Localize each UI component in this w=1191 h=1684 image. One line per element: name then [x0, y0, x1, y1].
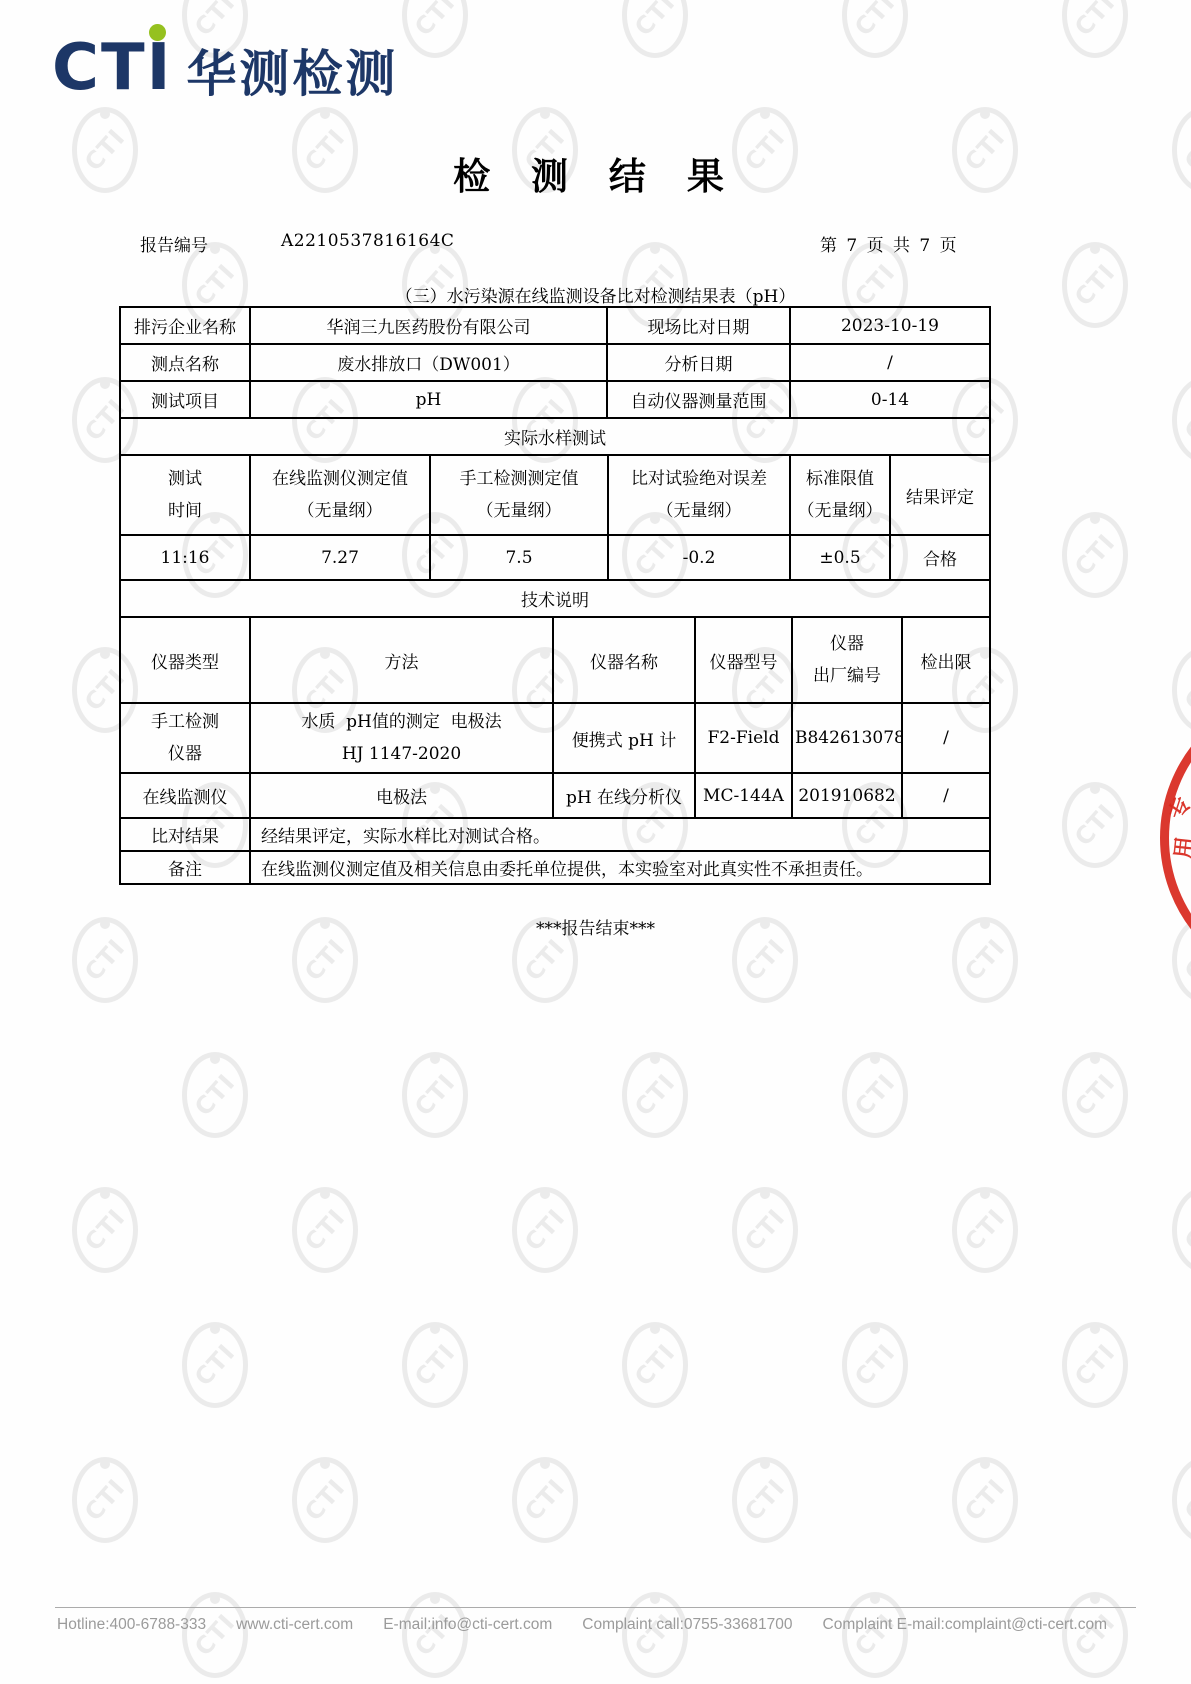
seal-glyph: 用 — [1166, 835, 1191, 860]
cti-watermark-icon: CTI — [72, 1187, 138, 1273]
abs-error-value: -0.2 — [608, 535, 790, 580]
report-number-value: A2210537816164C — [281, 231, 454, 251]
header-line: 手工检测测定值 — [433, 463, 605, 495]
result-table: 比对结果 经结果评定，实际水样比对测试合格。 备注 在线监测仪测定值及相关信息由… — [119, 817, 991, 885]
limit-value: ±0.5 — [790, 535, 890, 580]
detection-limit: / — [902, 703, 990, 773]
footer-divider — [55, 1607, 1136, 1608]
company-name-value: 华润三九医药股份有限公司 — [250, 307, 607, 344]
column-header: 仪器型号 — [695, 617, 792, 703]
cti-watermark-icon: CTI — [1172, 1187, 1191, 1273]
range-value: 0-14 — [790, 381, 990, 418]
column-header: 在线监测仪测定值 （无量纲） — [250, 455, 430, 535]
header-line: （无量纲） — [433, 495, 605, 527]
column-header: 测试 时间 — [120, 455, 250, 535]
cti-watermark-icon: CTI — [622, 1322, 688, 1408]
instrument-name: 便携式 pH 计 — [553, 703, 695, 773]
info-label: 测试项目 — [120, 381, 250, 418]
cell-line: 手工检测 — [123, 706, 247, 738]
instrument-serial: 201910682 — [792, 773, 902, 818]
column-header: 仪器名称 — [553, 617, 695, 703]
footer-hotline: Hotline:400-6788-333 — [57, 1616, 206, 1634]
cell-line: 仪器 — [123, 738, 247, 770]
column-header: 标准限值 （无量纲） — [790, 455, 890, 535]
column-header: 仪器类型 — [120, 617, 250, 703]
info-label: 测点名称 — [120, 344, 250, 381]
detection-limit: / — [902, 773, 990, 818]
cti-logo-chinese: 华测检测 — [186, 48, 398, 101]
method-cell: 电极法 — [250, 773, 553, 818]
cti-watermark-icon: CTI — [732, 1187, 798, 1273]
online-value: 7.27 — [250, 535, 430, 580]
header-line: 在线监测仪测定值 — [253, 463, 427, 495]
info-table: 排污企业名称 华润三九医药股份有限公司 现场比对日期 2023-10-19 测点… — [119, 306, 991, 419]
cti-watermark-icon: CTI — [402, 0, 468, 58]
header-line: 比对试验绝对误差 — [611, 463, 787, 495]
cti-watermark-icon: CTI — [1062, 782, 1128, 868]
result-text: 经结果评定，实际水样比对测试合格。 — [250, 818, 990, 851]
info-label: 排污企业名称 — [120, 307, 250, 344]
column-header: 结果评定 — [890, 455, 990, 535]
cti-watermark-icon: CTI — [952, 1187, 1018, 1273]
instrument-model: F2-Field — [695, 703, 792, 773]
column-header: 方法 — [250, 617, 553, 703]
cti-watermark-icon: CTI — [512, 1457, 578, 1543]
cell-line: 水质 pH值的测定 电极法 — [253, 706, 550, 738]
cti-watermark-icon: CTI — [622, 0, 688, 58]
info-label: 分析日期 — [607, 344, 790, 381]
logo-letters: CTI — [52, 31, 172, 105]
header-line: （无量纲） — [611, 495, 787, 527]
cti-watermark-icon: CTI — [182, 1322, 248, 1408]
header-line: （无量纲） — [253, 495, 427, 527]
outlet-value: 废水排放口（DW001） — [250, 344, 607, 381]
cti-watermark-icon: CTI — [1062, 1322, 1128, 1408]
page-indicator: 第 7 页 共 7 页 — [820, 231, 959, 256]
cti-watermark-icon: CTI — [622, 1052, 688, 1138]
cti-watermark-icon: CTI — [1172, 377, 1191, 463]
cti-watermark-icon: CTI — [842, 1052, 908, 1138]
header-line: 仪器 — [795, 628, 899, 660]
column-header: 仪器 出厂编号 — [792, 617, 902, 703]
remark-text: 在线监测仪测定值及相关信息由委托单位提供，本实验室对此真实性不承担责任。 — [250, 851, 990, 884]
column-header: 手工检测测定值 （无量纲） — [430, 455, 608, 535]
cti-logo: CTI 华测检测 — [52, 36, 398, 100]
cti-watermark-icon: CTI — [402, 1592, 468, 1678]
info-label: 自动仪器测量范围 — [607, 381, 790, 418]
remark-label: 备注 — [120, 851, 250, 884]
cti-watermark-icon: CTI — [1062, 512, 1128, 598]
test-time-value: 11:16 — [120, 535, 250, 580]
result-value: 合格 — [890, 535, 990, 580]
header-line: 测试 — [123, 463, 247, 495]
cti-watermark-icon: CTI — [1172, 647, 1191, 733]
result-label: 比对结果 — [120, 818, 250, 851]
analysis-date-value: / — [790, 344, 990, 381]
cti-watermark-icon: CTI — [512, 1187, 578, 1273]
instrument-type: 在线监测仪 — [120, 773, 250, 818]
instrument-name: pH 在线分析仪 — [553, 773, 695, 818]
cti-watermark-icon: CTI — [402, 1322, 468, 1408]
column-header: 检出限 — [902, 617, 990, 703]
instrument-type: 手工检测 仪器 — [120, 703, 250, 773]
tech-table: 技术说明 仪器类型 方法 仪器名称 仪器型号 仪器 出厂编号 检出限 手工检测 — [119, 579, 991, 819]
cti-watermark-icon: CTI — [292, 1457, 358, 1543]
cti-watermark-icon: CTI — [842, 0, 908, 58]
cell-line: HJ 1147-2020 — [253, 738, 550, 770]
footer-complaint-call: Complaint call:0755-33681700 — [582, 1616, 792, 1634]
cti-watermark-icon: CTI — [842, 1592, 908, 1678]
header-line: （无量纲） — [793, 495, 887, 527]
sample-test-table: 实际水样测试 测试 时间 在线监测仪测定值 （无量纲） 手工检测测定值 （无量纲… — [119, 417, 991, 581]
instrument-model: MC-144A — [695, 773, 792, 818]
cti-watermark-icon: CTI — [182, 1592, 248, 1678]
cti-watermark-icon: CTI — [182, 1052, 248, 1138]
method-cell: 水质 pH值的测定 电极法 HJ 1147-2020 — [250, 703, 553, 773]
report-page: CTICTICTICTICTICTICTICTICTICTICTICTICTIC… — [0, 0, 1191, 1684]
section-title: 技术说明 — [120, 580, 990, 617]
header-line: 出厂编号 — [795, 660, 899, 692]
test-item-value: pH — [250, 381, 607, 418]
section-title: 实际水样测试 — [120, 418, 990, 455]
manual-value: 7.5 — [430, 535, 608, 580]
column-header: 比对试验绝对误差 （无量纲） — [608, 455, 790, 535]
cti-watermark-icon: CTI — [1062, 0, 1128, 58]
footer-complaint-email: Complaint E-mail:complaint@cti-cert.com — [823, 1616, 1107, 1634]
cti-watermark-icon: CTI — [292, 1187, 358, 1273]
header-line: 时间 — [123, 495, 247, 527]
cti-watermark-icon: CTI — [1062, 1052, 1128, 1138]
info-label: 现场比对日期 — [607, 307, 790, 344]
cti-logo-text: CTI — [52, 36, 172, 100]
footer-email: E-mail:info@cti-cert.com — [383, 1616, 552, 1634]
cti-watermark-icon: CTI — [952, 1457, 1018, 1543]
report-end-note: ***报告结束*** — [0, 914, 1191, 939]
instrument-serial: B842613078 — [792, 703, 902, 773]
cti-watermark-icon: CTI — [1172, 1457, 1191, 1543]
cti-watermark-icon: CTI — [72, 1457, 138, 1543]
compare-date-value: 2023-10-19 — [790, 307, 990, 344]
result-tables: 排污企业名称 华润三九医药股份有限公司 现场比对日期 2023-10-19 测点… — [119, 306, 991, 885]
cti-watermark-icon: CTI — [402, 1052, 468, 1138]
page-title: 检 测 结 果 — [0, 146, 1191, 200]
header-line: 标准限值 — [793, 463, 887, 495]
footer: Hotline:400-6788-333 www.cti-cert.com E-… — [57, 1616, 1107, 1634]
report-number-label: 报告编号 — [140, 231, 208, 256]
cti-watermark-icon: CTI — [622, 1592, 688, 1678]
table-caption: （三）水污染源在线监测设备比对检测结果表（pH） — [0, 282, 1191, 307]
cti-watermark-icon: CTI — [842, 1322, 908, 1408]
cti-watermark-icon: CTI — [732, 1457, 798, 1543]
cti-watermark-icon: CTI — [1062, 1592, 1128, 1678]
footer-website: www.cti-cert.com — [236, 1616, 353, 1634]
